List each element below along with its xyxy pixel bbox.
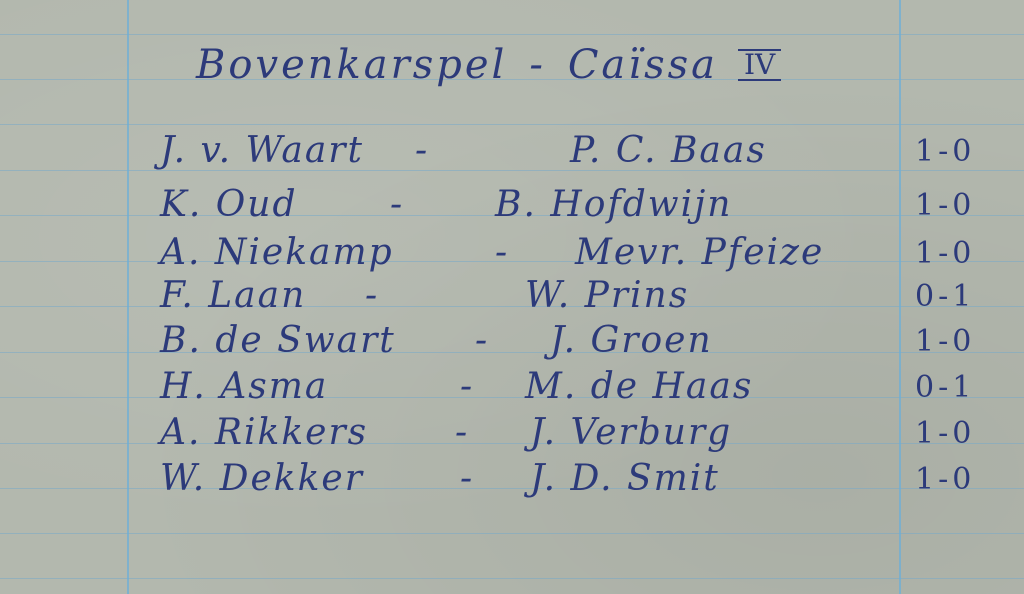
white-player: F. Laan [160, 275, 306, 316]
black-player: Mevr. Pfeize [575, 232, 824, 273]
white-player: A. Niekamp [160, 232, 394, 273]
title-opponent: Caïssa [568, 42, 718, 88]
ruled-line [0, 533, 1024, 534]
pairing-dash: - [455, 412, 469, 453]
game-result: 1-0 [915, 416, 975, 451]
game-row: H. Asma - M. de Haas 0-1 [150, 366, 1020, 410]
game-row: B. de Swart - J. Groen 1-0 [150, 320, 1020, 364]
title-separator: - [529, 42, 546, 88]
ruled-line [0, 578, 1024, 579]
black-player: M. de Haas [525, 366, 753, 407]
game-result: 1-0 [915, 324, 975, 359]
pairing-dash: - [495, 232, 509, 273]
game-row: K. Oud - B. Hofdwijn 1-0 [150, 184, 1020, 228]
left-margin-line [127, 0, 129, 594]
game-result: 0-1 [915, 370, 975, 405]
black-player: W. Prins [525, 275, 689, 316]
game-result: 1-0 [915, 188, 975, 223]
pairing-dash: - [475, 320, 489, 361]
pairing-dash: - [390, 184, 404, 225]
ruled-line [0, 124, 1024, 125]
title-club: Bovenkarspel [196, 42, 507, 88]
game-result: 1-0 [915, 236, 975, 271]
black-player: J. D. Smit [530, 458, 720, 499]
white-player: B. de Swart [160, 320, 396, 361]
game-row: W. Dekker - J. D. Smit 1-0 [150, 458, 1020, 502]
title-team-number: IV [738, 49, 781, 81]
white-player: K. Oud [160, 184, 298, 225]
white-player: J. v. Waart [160, 130, 364, 171]
ruled-line [0, 34, 1024, 35]
pairing-dash: - [460, 458, 474, 499]
game-result: 1-0 [915, 134, 975, 169]
game-result: 1-0 [915, 462, 975, 497]
black-player: B. Hofdwijn [495, 184, 732, 225]
game-row: F. Laan - W. Prins 0-1 [150, 275, 1020, 319]
game-result: 0-1 [915, 279, 975, 314]
black-player: J. Verburg [530, 412, 732, 453]
page-title: Bovenkarspel-CaïssaIV [196, 42, 781, 88]
lined-paper-sheet: ​ Bovenkarspel-CaïssaIV J. v. Waart - P.… [0, 0, 1024, 594]
white-player: H. Asma [160, 366, 328, 407]
pairing-dash: - [460, 366, 474, 407]
pairing-dash: - [365, 275, 379, 316]
white-player: W. Dekker [160, 458, 364, 499]
black-player: P. C. Baas [570, 130, 767, 171]
pairing-dash: - [415, 130, 429, 171]
game-row: A. Rikkers - J. Verburg 1-0 [150, 412, 1020, 456]
black-player: J. Groen [550, 320, 713, 361]
white-player: A. Rikkers [160, 412, 368, 453]
game-row: A. Niekamp - Mevr. Pfeize 1-0 [150, 232, 1020, 276]
game-row: J. v. Waart - P. C. Baas 1-0 [150, 130, 1020, 174]
